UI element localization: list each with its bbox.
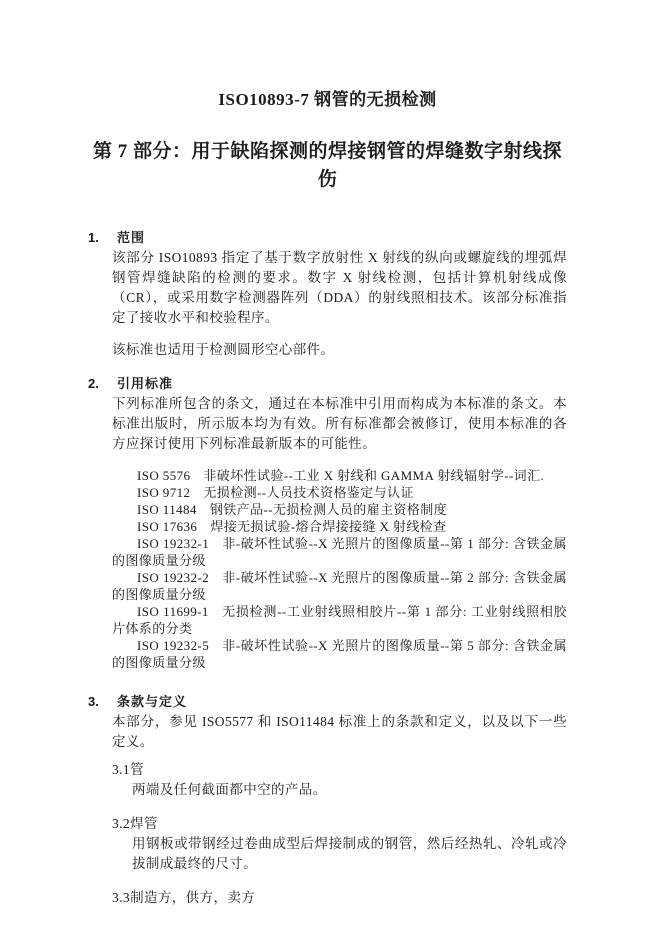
definition-number: 3.1 — [112, 762, 130, 777]
reference-id: ISO 5576 — [137, 468, 190, 483]
document-page: ISO10893-7 钢管的无损检测 第 7 部分：用于缺陷探测的焊接钢管的焊缝… — [0, 0, 655, 938]
section-scope: 1. 范围 该部分 ISO10893 指定了基于数字放射性 X 射线的纵向或螺旋… — [88, 228, 567, 360]
definition-number: 3.2 — [112, 816, 130, 831]
section-heading: 引用标准 — [117, 374, 173, 394]
section-number: 2. — [88, 374, 117, 394]
definition-item: 3.1管 两端及任何截面都中空的产品。 — [112, 760, 567, 800]
definition-heading: 3.3制造方，供方，卖方 — [112, 888, 567, 908]
reference-item: ISO 19232-5非-破坏性试验--X 光照片的图像质量--第 5 部分: … — [112, 637, 567, 671]
section-body: 该部分 ISO10893 指定了基于数字放射性 X 射线的纵向或螺旋线的埋弧焊钢… — [112, 248, 567, 360]
reference-id: ISO 9712 — [137, 485, 190, 500]
reference-id: ISO 11484 — [137, 502, 197, 517]
section-references: 2. 引用标准 下列标准所包含的条文，通过在本标准中引用而构成为本标准的条文。本… — [88, 374, 567, 671]
reference-item: ISO 19232-1非-破坏性试验--X 光照片的图像质量--第 1 部分: … — [112, 535, 567, 569]
section-heading-row: 3. 条款与定义 — [88, 692, 567, 712]
definition-text: 用钢板或带钢经过卷曲成型后焊接制成的钢管，然后经热轧、冷轧或冷拔制成最终的尺寸。 — [132, 834, 567, 874]
document-title: ISO10893-7 钢管的无损检测 — [88, 88, 567, 112]
reference-item: ISO 9712无损检测--人员技术资格鉴定与认证 — [112, 484, 567, 501]
reference-id: ISO 17636 — [137, 519, 197, 534]
section-number: 1. — [88, 228, 117, 248]
paragraph: 本部分，参见 ISO5577 和 ISO11484 标准上的条款和定义，以及以下… — [112, 712, 567, 752]
section-heading: 范围 — [117, 228, 145, 248]
section-heading-row: 2. 引用标准 — [88, 374, 567, 394]
section-heading-row: 1. 范围 — [88, 228, 567, 248]
definition-heading: 3.2焊管 — [112, 814, 567, 834]
reference-id: ISO 19232-5 — [137, 638, 209, 653]
definition-term: 焊管 — [130, 816, 158, 831]
section-body: 本部分，参见 ISO5577 和 ISO11484 标准上的条款和定义，以及以下… — [112, 712, 567, 908]
definition-term: 管 — [130, 762, 144, 777]
definition-item: 3.3制造方，供方，卖方 — [112, 888, 567, 908]
reference-list: ISO 5576非破坏性试验--工业 X 射线和 GAMMA 射线辐射学--词汇… — [112, 467, 567, 671]
reference-text: 钢铁产品--无损检测人员的雇主资格制度 — [210, 502, 447, 517]
reference-item: ISO 11699-1无损检测--工业射线照相胶片--第 1 部分: 工业射线照… — [112, 603, 567, 637]
definition-heading: 3.1管 — [112, 760, 567, 780]
paragraph: 该标准也适用于检测圆形空心部件。 — [112, 340, 567, 360]
section-number: 3. — [88, 692, 117, 712]
section-terms: 3. 条款与定义 本部分，参见 ISO5577 和 ISO11484 标准上的条… — [88, 692, 567, 908]
reference-item: ISO 5576非破坏性试验--工业 X 射线和 GAMMA 射线辐射学--词汇… — [112, 467, 567, 484]
paragraph: 该部分 ISO10893 指定了基于数字放射性 X 射线的纵向或螺旋线的埋弧焊钢… — [112, 248, 567, 328]
definition-item: 3.2焊管 用钢板或带钢经过卷曲成型后焊接制成的钢管，然后经热轧、冷轧或冷拔制成… — [112, 814, 567, 874]
definition-text: 两端及任何截面都中空的产品。 — [132, 780, 567, 800]
reference-id: ISO 19232-2 — [137, 570, 209, 585]
definition-number: 3.3 — [112, 890, 130, 905]
section-heading: 条款与定义 — [117, 692, 187, 712]
reference-item: ISO 19232-2非-破坏性试验--X 光照片的图像质量--第 2 部分: … — [112, 569, 567, 603]
definition-list: 3.1管 两端及任何截面都中空的产品。 3.2焊管 用钢板或带钢经过卷曲成型后焊… — [112, 760, 567, 908]
definition-term: 制造方，供方，卖方 — [130, 890, 255, 905]
reference-id: ISO 19232-1 — [137, 536, 209, 551]
reference-item: ISO 11484钢铁产品--无损检测人员的雇主资格制度 — [112, 501, 567, 518]
paragraph: 下列标准所包含的条文，通过在本标准中引用而构成为本标准的条文。本标准出版时，所示… — [112, 394, 567, 454]
reference-item: ISO 17636焊接无损试验-熔合焊接接缝 X 射线检查 — [112, 518, 567, 535]
document-subtitle: 第 7 部分：用于缺陷探测的焊接钢管的焊缝数字射线探伤 — [88, 138, 567, 194]
reference-id: ISO 11699-1 — [137, 604, 209, 619]
reference-text: 非破坏性试验--工业 X 射线和 GAMMA 射线辐射学--词汇. — [203, 468, 544, 483]
section-body: 下列标准所包含的条文，通过在本标准中引用而构成为本标准的条文。本标准出版时，所示… — [112, 394, 567, 671]
reference-text: 焊接无损试验-熔合焊接接缝 X 射线检查 — [210, 519, 446, 534]
reference-text: 无损检测--人员技术资格鉴定与认证 — [203, 485, 413, 500]
